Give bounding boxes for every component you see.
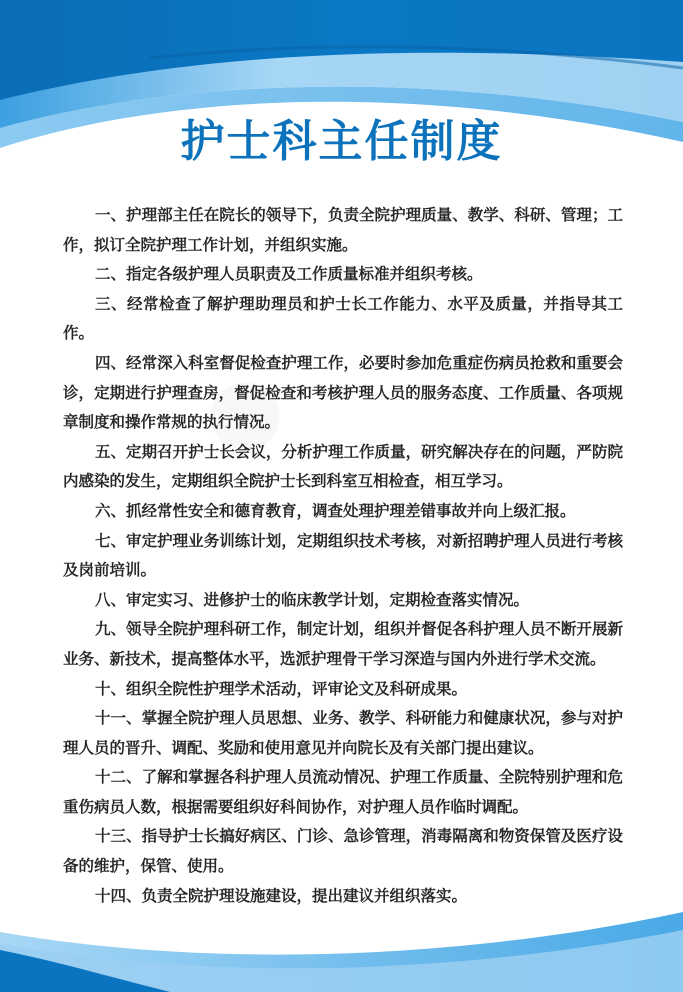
poster-title: 护士科主任制度 — [0, 112, 683, 172]
clause-1: 一、护理部主任在院长的领导下，负责全院护理质量、教学、科研、管理；工作，拟订全院… — [63, 201, 623, 260]
poster: 护士科主任制度 ● 一、护理部主任在院长的领导下，负责全院护理质量、教学、科研、… — [0, 0, 683, 992]
bottom-wave-banner — [0, 912, 683, 992]
clause-10: 十、组织全院性护理学术活动，评审论文及科研成果。 — [63, 675, 623, 705]
clause-2: 二、指定各级护理人员职责及工作质量标准并组织考核。 — [63, 260, 623, 290]
clause-4: 四、经常深入科室督促检查护理工作，必要时参加危重症伤病员抢救和重要会诊，定期进行… — [63, 349, 623, 438]
clause-11: 十一、掌握全院护理人员思想、业务、教学、科研能力和健康状况，参与对护理人员的晋升… — [63, 704, 623, 763]
regulation-content: 一、护理部主任在院长的领导下，负责全院护理质量、教学、科研、管理；工作，拟订全院… — [63, 201, 623, 911]
clause-13: 十三、指导护士长搞好病区、门诊、急诊管理，消毒隔离和物资保管及医疗设备的维护，保… — [63, 822, 623, 881]
clause-6: 六、抓经常性安全和德育教育，调查处理护理差错事故并向上级汇报。 — [63, 497, 623, 527]
clause-8: 八、审定实习、进修护士的临床教学计划，定期检查落实情况。 — [63, 586, 623, 616]
clause-7: 七、审定护理业务训练计划，定期组织技术考核，对新招聘护理人员进行考核及岗前培训。 — [63, 527, 623, 586]
clause-12: 十二、了解和掌握各科护理人员流动情况、护理工作质量、全院特别护理和危重伤病员人数… — [63, 763, 623, 822]
clause-5: 五、定期召开护士长会议，分析护理工作质量，研究解决存在的问题，严防院内感染的发生… — [63, 438, 623, 497]
clause-3: 三、经常检查了解护理助理员和护士长工作能力、水平及质量，并指导其工作。 — [63, 290, 623, 349]
clause-14: 十四、负责全院护理设施建设，提出建议并组织落实。 — [63, 882, 623, 912]
clause-9: 九、领导全院护理科研工作，制定计划，组织并督促各科护理人员不断开展新业务、新技术… — [63, 615, 623, 674]
